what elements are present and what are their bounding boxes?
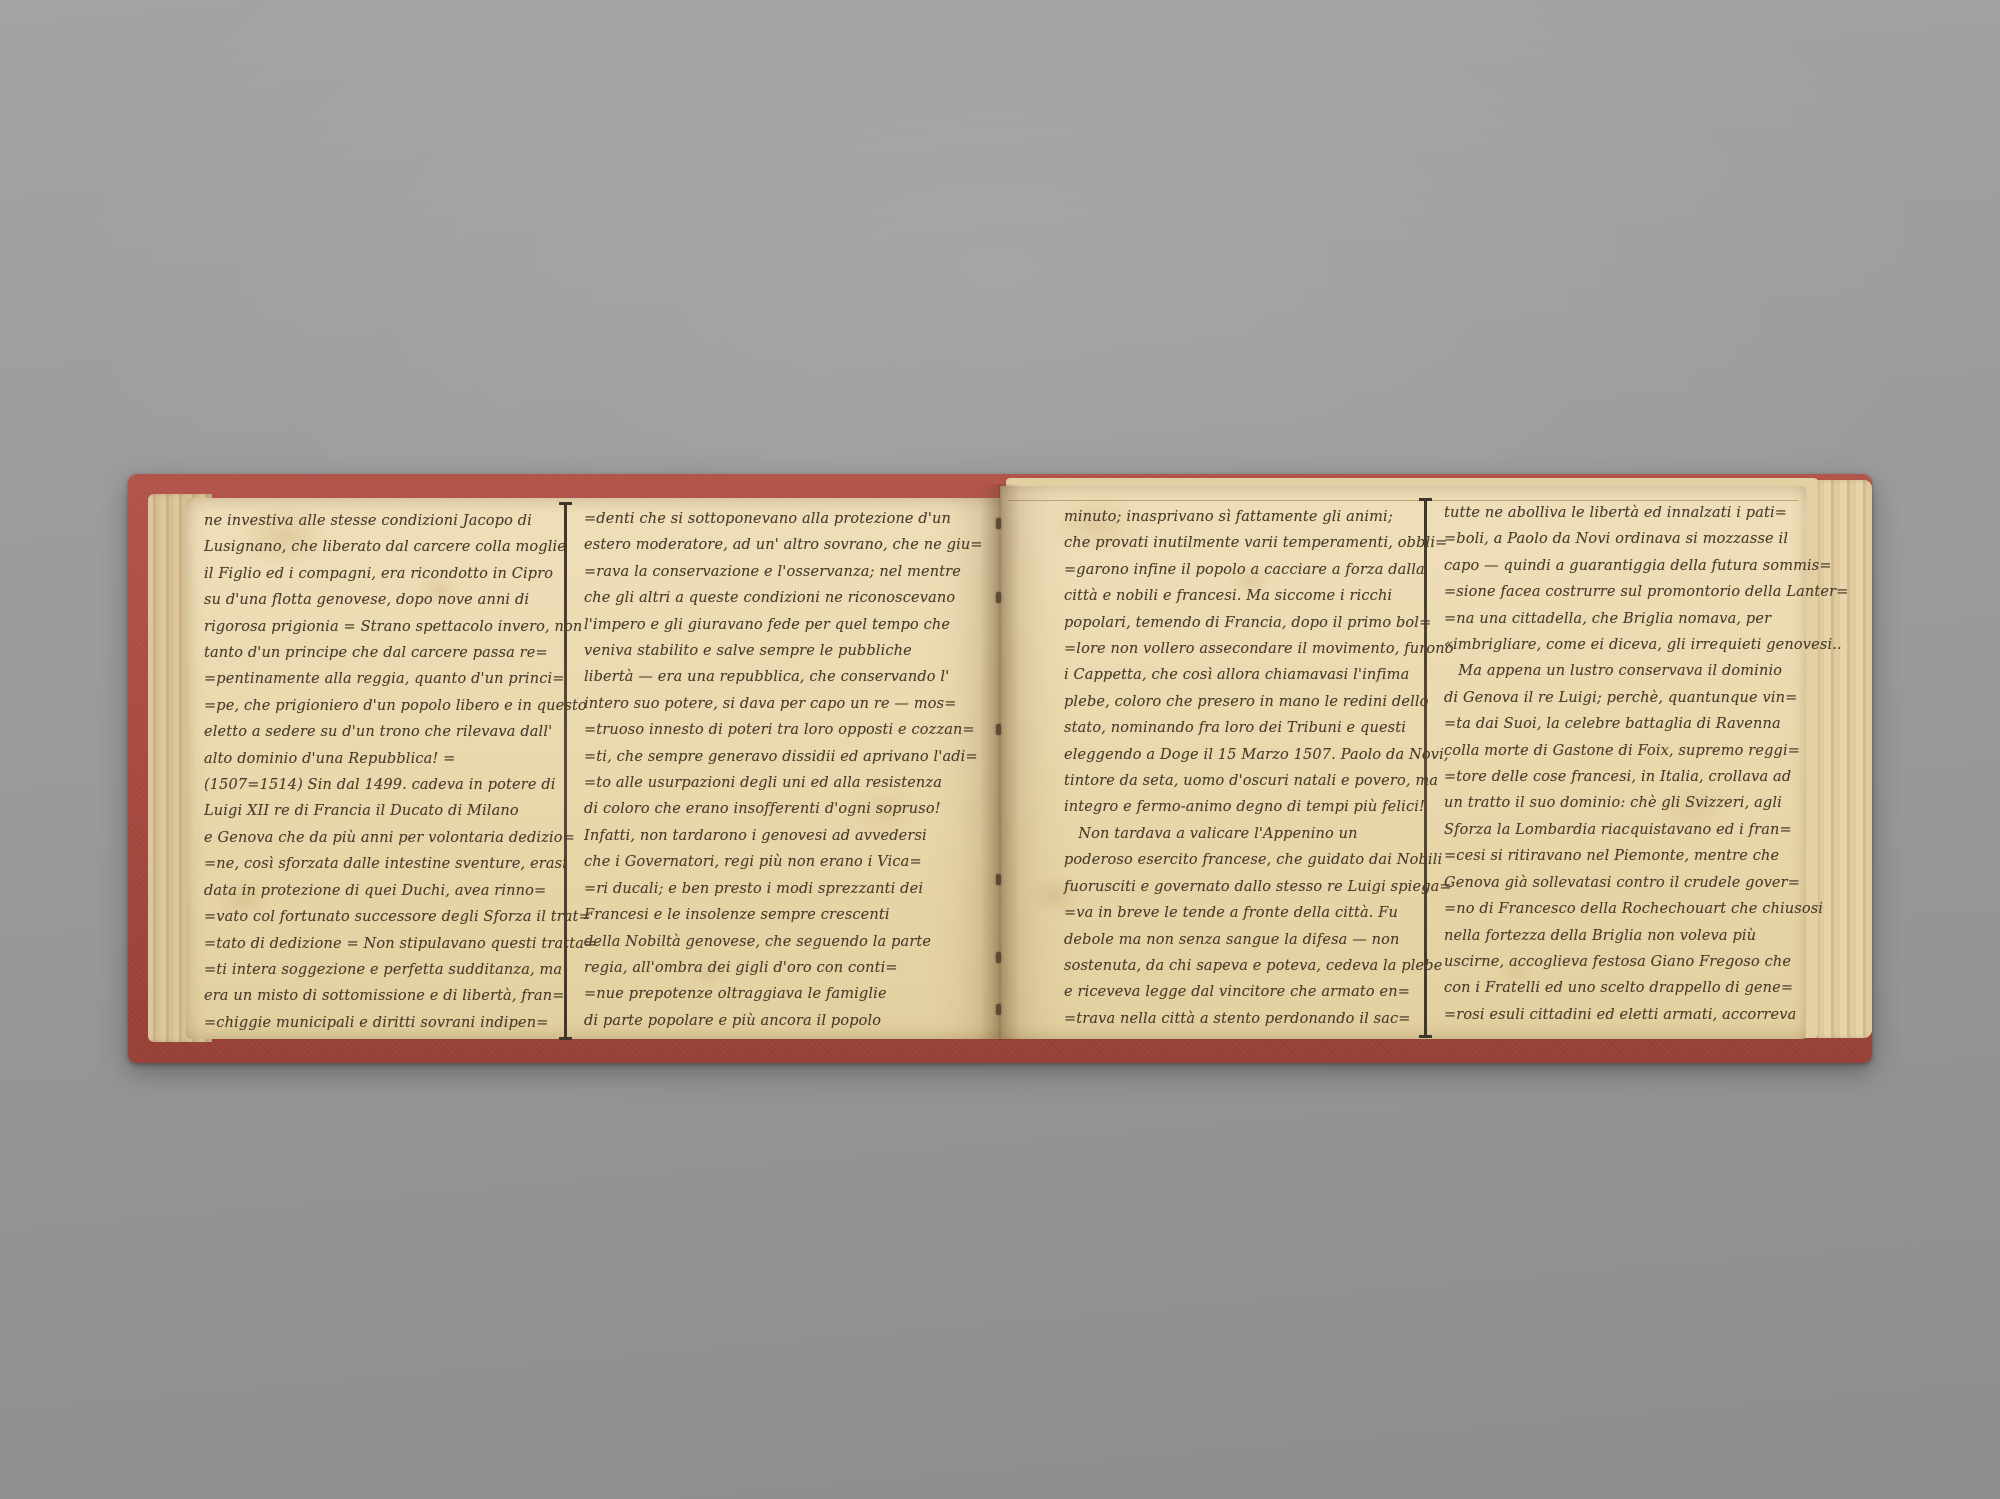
manuscript-line: =chiggie municipali e diritti sovrani in… bbox=[204, 1010, 560, 1036]
manuscript-line: con i Fratelli ed uno scelto drappello d… bbox=[1444, 975, 1804, 1001]
manuscript-line: che gli altri a queste condizioni ne ric… bbox=[584, 585, 940, 611]
manuscript-line: che provati inutilmente varii temperamen… bbox=[1064, 530, 1414, 556]
manuscript-line: che i Governatori, regi più non erano i … bbox=[584, 849, 940, 875]
stitch-mark bbox=[996, 1004, 1001, 1015]
manuscript-line: eleggendo a Doge il 15 Marzo 1507. Paolo… bbox=[1064, 742, 1414, 768]
stitch-mark bbox=[996, 724, 1001, 735]
manuscript-line: tutte ne abolliva le libertà ed innalzat… bbox=[1444, 500, 1804, 526]
manuscript-line: «imbrigliare, come ei diceva, gli irrequ… bbox=[1444, 632, 1804, 658]
manuscript-line: Lusignano, che liberato dal carcere coll… bbox=[204, 534, 560, 560]
manuscript-column-4: tutte ne abolliva le libertà ed innalzat… bbox=[1444, 500, 1804, 1028]
manuscript-line: Non tardava a valicare l'Appenino un bbox=[1064, 821, 1414, 847]
manuscript-line: =trava nella città a stento perdonando i… bbox=[1064, 1006, 1414, 1032]
manuscript-line: =tato di dedizione = Non stipulavano que… bbox=[204, 931, 560, 957]
manuscript-line: =nue prepotenze oltraggiava le famiglie bbox=[584, 981, 940, 1007]
manuscript-line: di Genova il re Luigi; perchè, quantunqu… bbox=[1444, 685, 1804, 711]
manuscript-line: =pentinamente alla reggia, quanto d'un p… bbox=[204, 666, 560, 692]
stitch-mark bbox=[996, 592, 1001, 603]
column-divider-right-page bbox=[1424, 500, 1427, 1036]
manuscript-line: =pe, che prigioniero d'un popolo libero … bbox=[204, 693, 560, 719]
manuscript-line: intero suo potere, si dava per capo un r… bbox=[584, 691, 940, 717]
manuscript-line: su d'una flotta genovese, dopo nove anni… bbox=[204, 587, 560, 613]
manuscript-line: =lore non vollero assecondare il movimen… bbox=[1064, 636, 1414, 662]
manuscript-line: =no di Francesco della Rochechouart che … bbox=[1444, 896, 1804, 922]
stitch-mark bbox=[996, 518, 1001, 529]
manuscript-line: l'impero e gli giuravano fede per quel t… bbox=[584, 612, 940, 638]
manuscript-line: poderoso esercito francese, che guidato … bbox=[1064, 847, 1414, 873]
manuscript-line: =ri ducali; e ben presto i modi sprezzan… bbox=[584, 876, 940, 902]
manuscript-line: tintore da seta, uomo d'oscuri natali e … bbox=[1064, 768, 1414, 794]
manuscript-line: =truoso innesto di poteri tra loro oppos… bbox=[584, 717, 940, 743]
manuscript-line: debole ma non senza sangue la difesa — n… bbox=[1064, 927, 1414, 953]
manuscript-line: tanto d'un principe che dal carcere pass… bbox=[204, 640, 560, 666]
manuscript-line: stato, nominando fra loro dei Tribuni e … bbox=[1064, 715, 1414, 741]
manuscript-line: =sione facea costrurre sul promontorio d… bbox=[1444, 579, 1804, 605]
manuscript-line: =ti intera soggezione e perfetta suddita… bbox=[204, 957, 560, 983]
manuscript-line: alto dominio d'una Repubblica! = bbox=[204, 746, 560, 772]
manuscript-line: era un misto di sottomissione e di liber… bbox=[204, 983, 560, 1009]
manuscript-line: della Nobiltà genovese, che seguendo la … bbox=[584, 929, 940, 955]
manuscript-line: =na una cittadella, che Briglia nomava, … bbox=[1444, 606, 1804, 632]
manuscript-line: =rosi esuli cittadini ed eletti armati, … bbox=[1444, 1002, 1804, 1028]
manuscript-line: Ma appena un lustro conservava il domini… bbox=[1444, 658, 1804, 684]
stitch-mark bbox=[996, 874, 1001, 885]
manuscript-line: città e nobili e francesi. Ma siccome i … bbox=[1064, 583, 1414, 609]
manuscript-line: Francesi e le insolenze sempre crescenti bbox=[584, 902, 940, 928]
manuscript-line: i Cappetta, che così allora chiamavasi l… bbox=[1064, 662, 1414, 688]
manuscript-line: =to alle usurpazioni degli uni ed alla r… bbox=[584, 770, 940, 796]
manuscript-line: =ti, che sempre generavo dissidii ed apr… bbox=[584, 744, 940, 770]
manuscript-line: =ta dai Suoi, la celebre battaglia di Ra… bbox=[1444, 711, 1804, 737]
manuscript-line: =ne, così sforzata dalle intestine svent… bbox=[204, 851, 560, 877]
manuscript-line: libertà — era una repubblica, che conser… bbox=[584, 664, 940, 690]
manuscript-line: nella fortezza della Briglia non voleva … bbox=[1444, 923, 1804, 949]
manuscript-line: uscirne, accoglieva festosa Giano Fregos… bbox=[1444, 949, 1804, 975]
manuscript-column-2: =denti che si sottoponevano alla protezi… bbox=[584, 506, 940, 1034]
manuscript-line: Luigi XII re di Francia il Ducato di Mil… bbox=[204, 798, 560, 824]
manuscript-line: data in protezione di quei Duchi, avea r… bbox=[204, 878, 560, 904]
manuscript-line: capo — quindi a guarantiggia della futur… bbox=[1444, 553, 1804, 579]
manuscript-line: un tratto il suo dominio: chè gli Svizze… bbox=[1444, 790, 1804, 816]
manuscript-line: =cesi si ritiravano nel Piemonte, mentre… bbox=[1444, 843, 1804, 869]
manuscript-line: veniva stabilito e salve sempre le pubbl… bbox=[584, 638, 940, 664]
open-manuscript-book: ne investiva alle stesse condizioni Jaco… bbox=[128, 474, 1872, 1063]
manuscript-line: rigorosa prigionia = Strano spettacolo i… bbox=[204, 614, 560, 640]
manuscript-line: sostenuta, da chi sapeva e poteva, cedev… bbox=[1064, 953, 1414, 979]
manuscript-line: Sforza la Lombardia riacquistavano ed i … bbox=[1444, 817, 1804, 843]
manuscript-line: Infatti, non tardarono i genovesi ad avv… bbox=[584, 823, 940, 849]
manuscript-line: integro e fermo-animo degno di tempi più… bbox=[1064, 794, 1414, 820]
column-divider-left-page bbox=[564, 504, 567, 1038]
manuscript-line: colla morte di Gastone di Foix, supremo … bbox=[1444, 738, 1804, 764]
manuscript-line: e riceveva legge dal vincitore che armat… bbox=[1064, 979, 1414, 1005]
manuscript-line: fuorusciti e governato dallo stesso re L… bbox=[1064, 874, 1414, 900]
manuscript-line: di coloro che erano insofferenti d'ogni … bbox=[584, 796, 940, 822]
manuscript-line: =denti che si sottoponevano alla protezi… bbox=[584, 506, 940, 532]
manuscript-line: il Figlio ed i compagni, era ricondotto … bbox=[204, 561, 560, 587]
manuscript-column-1: ne investiva alle stesse condizioni Jaco… bbox=[204, 508, 560, 1036]
manuscript-line: eletto a sedere su d'un trono che rileva… bbox=[204, 719, 560, 745]
manuscript-line: regia, all'ombra dei gigli d'oro con con… bbox=[584, 955, 940, 981]
manuscript-line: =va in breve le tende a fronte della cit… bbox=[1064, 900, 1414, 926]
manuscript-line: plebe, coloro che presero in mano le red… bbox=[1064, 689, 1414, 715]
manuscript-line: e Genova che da più anni per volontaria … bbox=[204, 825, 560, 851]
manuscript-line: =vato col fortunato successore degli Sfo… bbox=[204, 904, 560, 930]
manuscript-line: (1507=1514) Sin dal 1499. cadeva in pote… bbox=[204, 772, 560, 798]
stitch-mark bbox=[996, 952, 1001, 963]
manuscript-line: ne investiva alle stesse condizioni Jaco… bbox=[204, 508, 560, 534]
manuscript-column-3: minuto; inasprivano sì fattamente gli an… bbox=[1064, 504, 1414, 1032]
photo-background: ne investiva alle stesse condizioni Jaco… bbox=[0, 0, 2000, 1499]
manuscript-line: popolari, temendo di Francia, dopo il pr… bbox=[1064, 610, 1414, 636]
manuscript-line: =rava la conservazione e l'osservanza; n… bbox=[584, 559, 940, 585]
manuscript-line: estero moderatore, ad un' altro sovrano,… bbox=[584, 532, 940, 558]
manuscript-line: =tore delle cose francesi, in Italia, cr… bbox=[1444, 764, 1804, 790]
manuscript-line: =garono infine il popolo a cacciare a fo… bbox=[1064, 557, 1414, 583]
manuscript-line: minuto; inasprivano sì fattamente gli an… bbox=[1064, 504, 1414, 530]
manuscript-line: di parte popolare e più ancora il popolo bbox=[584, 1008, 940, 1034]
manuscript-line: =boli, a Paolo da Novi ordinava si mozza… bbox=[1444, 526, 1804, 552]
manuscript-line: Genova già sollevatasi contro il crudele… bbox=[1444, 870, 1804, 896]
